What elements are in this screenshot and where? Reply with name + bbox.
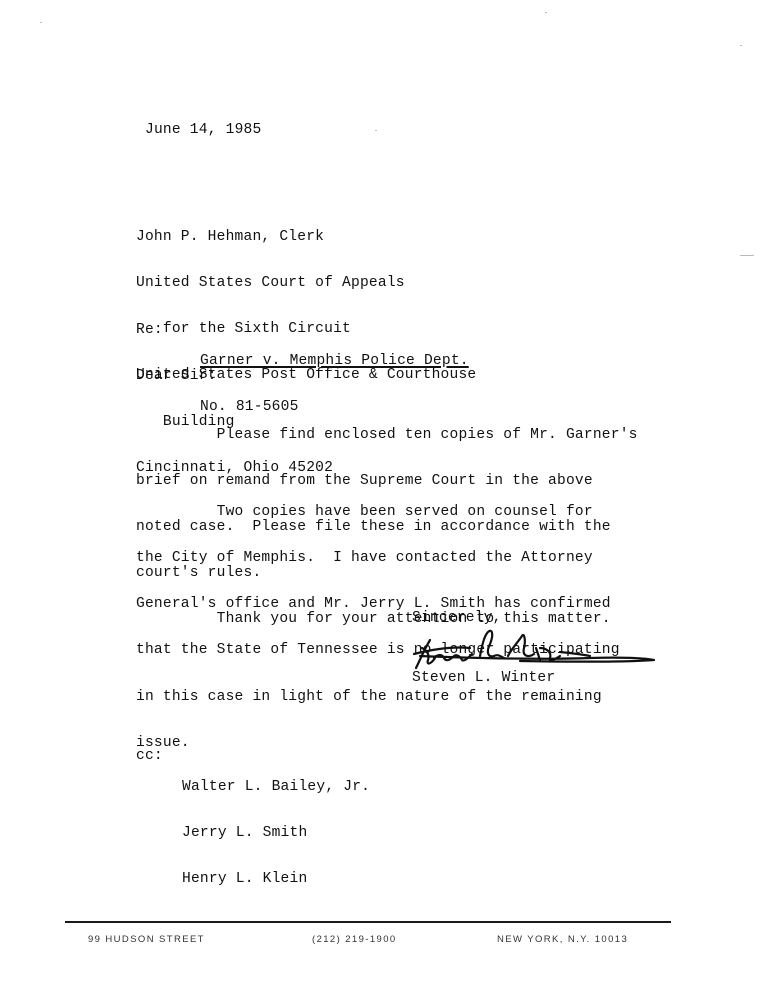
cc-name: Henry L. Klein bbox=[182, 872, 370, 887]
scan-speck bbox=[740, 45, 742, 46]
scan-speck bbox=[740, 255, 754, 256]
salutation: Dear Sir: bbox=[136, 369, 217, 384]
signer-name: Steven L. Winter bbox=[412, 671, 555, 686]
paragraph-line: Please find enclosed ten copies of Mr. G… bbox=[136, 428, 638, 443]
handwritten-signature-icon bbox=[410, 626, 660, 672]
cc-name: Walter L. Bailey, Jr. bbox=[182, 780, 370, 795]
footer-city: NEW YORK, N.Y. 10013 bbox=[497, 934, 628, 945]
closing: Sincerely, bbox=[412, 611, 502, 626]
scan-speck bbox=[375, 130, 377, 131]
cc-list: Walter L. Bailey, Jr. Jerry L. Smith Hen… bbox=[182, 749, 370, 918]
cc-name: Jerry L. Smith bbox=[182, 826, 370, 841]
case-title: Garner v. Memphis Police Dept. bbox=[200, 353, 469, 369]
footer-phone: (212) 219-1900 bbox=[312, 934, 397, 945]
cc-label: cc: bbox=[136, 749, 163, 764]
paragraph-line: the City of Memphis. I have contacted th… bbox=[136, 551, 620, 566]
footer-divider bbox=[65, 921, 671, 923]
paragraph-line: Thank you for your attention to this mat… bbox=[136, 612, 611, 627]
address-line: United States Court of Appeals bbox=[136, 276, 476, 291]
scan-speck bbox=[545, 12, 547, 13]
footer-address: 99 HUDSON STREET bbox=[88, 934, 205, 945]
paragraph-line: Two copies have been served on counsel f… bbox=[136, 505, 620, 520]
re-label: Re: bbox=[136, 323, 163, 338]
scan-speck bbox=[40, 22, 42, 23]
letter-date: June 14, 1985 bbox=[145, 123, 261, 138]
address-line: John P. Hehman, Clerk bbox=[136, 230, 476, 245]
paragraph-line: in this case in light of the nature of t… bbox=[136, 690, 620, 705]
